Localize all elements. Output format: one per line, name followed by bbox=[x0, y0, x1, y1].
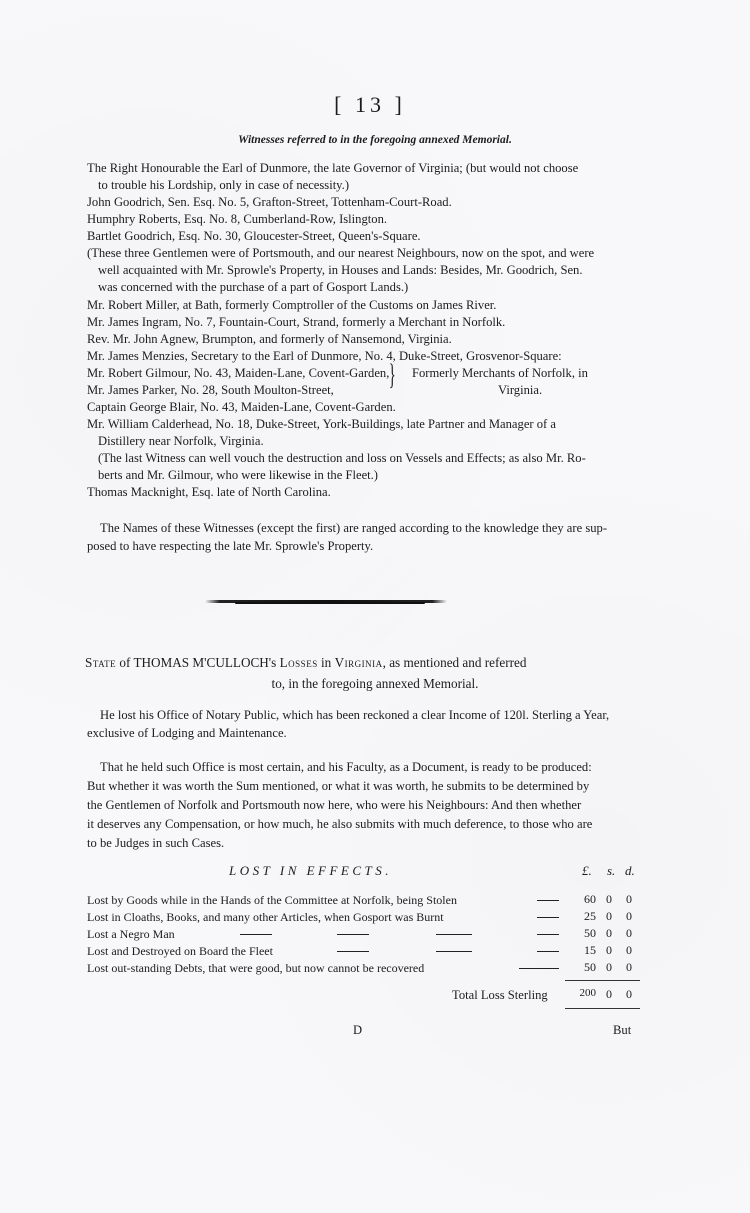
leader-dash bbox=[519, 968, 559, 969]
witness-line: Mr. James Parker, No. 28, South Moulton-… bbox=[87, 382, 334, 399]
brace-note: Virginia. bbox=[498, 382, 542, 399]
loss-row-label: Lost in Cloaths, Books, and many other A… bbox=[87, 909, 444, 925]
paragraph-line: That he held such Office is most certain… bbox=[100, 758, 592, 777]
amount-shillings: 0 bbox=[602, 892, 612, 907]
column-pounds: £. bbox=[582, 863, 592, 879]
leader-dash bbox=[337, 951, 369, 952]
leader-dash bbox=[240, 934, 272, 935]
amount-pence: 0 bbox=[622, 892, 632, 907]
witness-line: Rev. Mr. John Agnew, Brumpton, and forme… bbox=[87, 331, 452, 348]
total-label: Total Loss Sterling bbox=[452, 987, 548, 1003]
brace-note: Formerly Merchants of Norfolk, in bbox=[412, 365, 588, 382]
witness-line: John Goodrich, Sen. Esq. No. 5, Grafton-… bbox=[87, 194, 452, 211]
loss-row-label: Lost by Goods while in the Hands of the … bbox=[87, 892, 457, 908]
paragraph-line: it deserves any Compensation, or how muc… bbox=[87, 815, 592, 834]
page-number: [ 13 ] bbox=[0, 92, 740, 118]
total-rule-top bbox=[565, 980, 640, 981]
witness-line: Mr. James Menzies, Secretary to the Earl… bbox=[87, 348, 562, 365]
paragraph-line: to be Judges in such Cases. bbox=[87, 834, 224, 853]
witness-line: Mr. Robert Miller, at Bath, formerly Com… bbox=[87, 297, 496, 314]
amount-pounds: 25 bbox=[576, 909, 596, 924]
leader-dash bbox=[537, 934, 559, 935]
leader-dash bbox=[537, 951, 559, 952]
amount-shillings: 0 bbox=[602, 926, 612, 941]
witness-note: (These three Gentlemen were of Portsmout… bbox=[87, 245, 594, 262]
total-shillings: 0 bbox=[602, 987, 612, 1002]
brace-symbol: } bbox=[389, 360, 396, 390]
witness-note: was concerned with the purchase of a par… bbox=[98, 279, 408, 296]
total-pounds: 200 bbox=[568, 987, 596, 999]
signature-mark: D bbox=[353, 1023, 362, 1038]
witness-note: berts and Mr. Gilmour, who were likewise… bbox=[98, 467, 378, 484]
witnesses-heading: Witnesses referred to in the foregoing a… bbox=[0, 134, 750, 146]
amount-pounds: 15 bbox=[576, 943, 596, 958]
paragraph-line: exclusive of Lodging and Maintenance. bbox=[87, 724, 287, 743]
witness-line: Mr. Robert Gilmour, No. 43, Maiden-Lane,… bbox=[87, 365, 389, 382]
amount-pence: 0 bbox=[622, 909, 632, 924]
leader-dash bbox=[337, 934, 369, 935]
witness-line: to trouble his Lordship, only in case of… bbox=[98, 177, 349, 194]
witness-line: Mr. William Calderhead, No. 18, Duke-Str… bbox=[87, 416, 556, 433]
state-heading: State of THOMAS M'CULLOCH's Losses in Vi… bbox=[85, 652, 527, 673]
witness-line: Humphry Roberts, Esq. No. 8, Cumberland-… bbox=[87, 211, 387, 228]
total-pence: 0 bbox=[622, 987, 632, 1002]
total-rule-bottom bbox=[565, 1008, 640, 1009]
loss-row-label: Lost and Destroyed on Board the Fleet bbox=[87, 943, 273, 959]
state-heading-line2: to, in the foregoing annexed Memorial. bbox=[0, 673, 750, 694]
loss-row-label: Lost out-standing Debts, that were good,… bbox=[87, 960, 424, 976]
amount-shillings: 0 bbox=[602, 960, 612, 975]
effects-title: LOST IN EFFECTS. bbox=[229, 863, 392, 879]
witness-line: The Right Honourable the Earl of Dunmore… bbox=[87, 160, 578, 177]
catchword: But bbox=[613, 1023, 631, 1038]
witness-note: well acquainted with Mr. Sprowle's Prope… bbox=[98, 262, 583, 279]
amount-pence: 0 bbox=[622, 926, 632, 941]
witness-line: Thomas Macknight, Esq. late of North Car… bbox=[87, 484, 331, 501]
amount-shillings: 0 bbox=[602, 943, 612, 958]
amount-pounds: 60 bbox=[576, 892, 596, 907]
loss-row-label: Lost a Negro Man bbox=[87, 926, 175, 942]
amount-pence: 0 bbox=[622, 943, 632, 958]
amount-pence: 0 bbox=[622, 960, 632, 975]
amount-pounds: 50 bbox=[576, 960, 596, 975]
witness-line: Distillery near Norfolk, Virginia. bbox=[98, 433, 264, 450]
witness-note: (The last Witness can well vouch the des… bbox=[98, 450, 586, 467]
witness-line: Bartlet Goodrich, Esq. No. 30, Glouceste… bbox=[87, 228, 421, 245]
amount-shillings: 0 bbox=[602, 909, 612, 924]
column-shillings: s. bbox=[607, 863, 615, 879]
paragraph-line: the Gentlemen of Norfolk and Portsmouth … bbox=[87, 796, 581, 815]
witness-line: Captain George Blair, No. 43, Maiden-Lan… bbox=[87, 399, 396, 416]
amount-pounds: 50 bbox=[576, 926, 596, 941]
section-divider-bold bbox=[235, 602, 425, 604]
leader-dash bbox=[436, 951, 472, 952]
leader-dash bbox=[537, 900, 559, 901]
paragraph-line: He lost his Office of Notary Public, whi… bbox=[100, 706, 609, 725]
leader-dash bbox=[537, 917, 559, 918]
witness-line: Mr. James Ingram, No. 7, Fountain-Court,… bbox=[87, 314, 505, 331]
paragraph-line: But whether it was worth the Sum mention… bbox=[87, 777, 589, 796]
names-note: The Names of these Witnesses (except the… bbox=[100, 520, 607, 537]
leader-dash bbox=[436, 934, 472, 935]
column-pence: d. bbox=[625, 863, 635, 879]
names-note: posed to have respecting the late Mr. Sp… bbox=[87, 538, 373, 555]
document-page: [ 13 ] Witnesses referred to in the fore… bbox=[0, 0, 750, 1213]
